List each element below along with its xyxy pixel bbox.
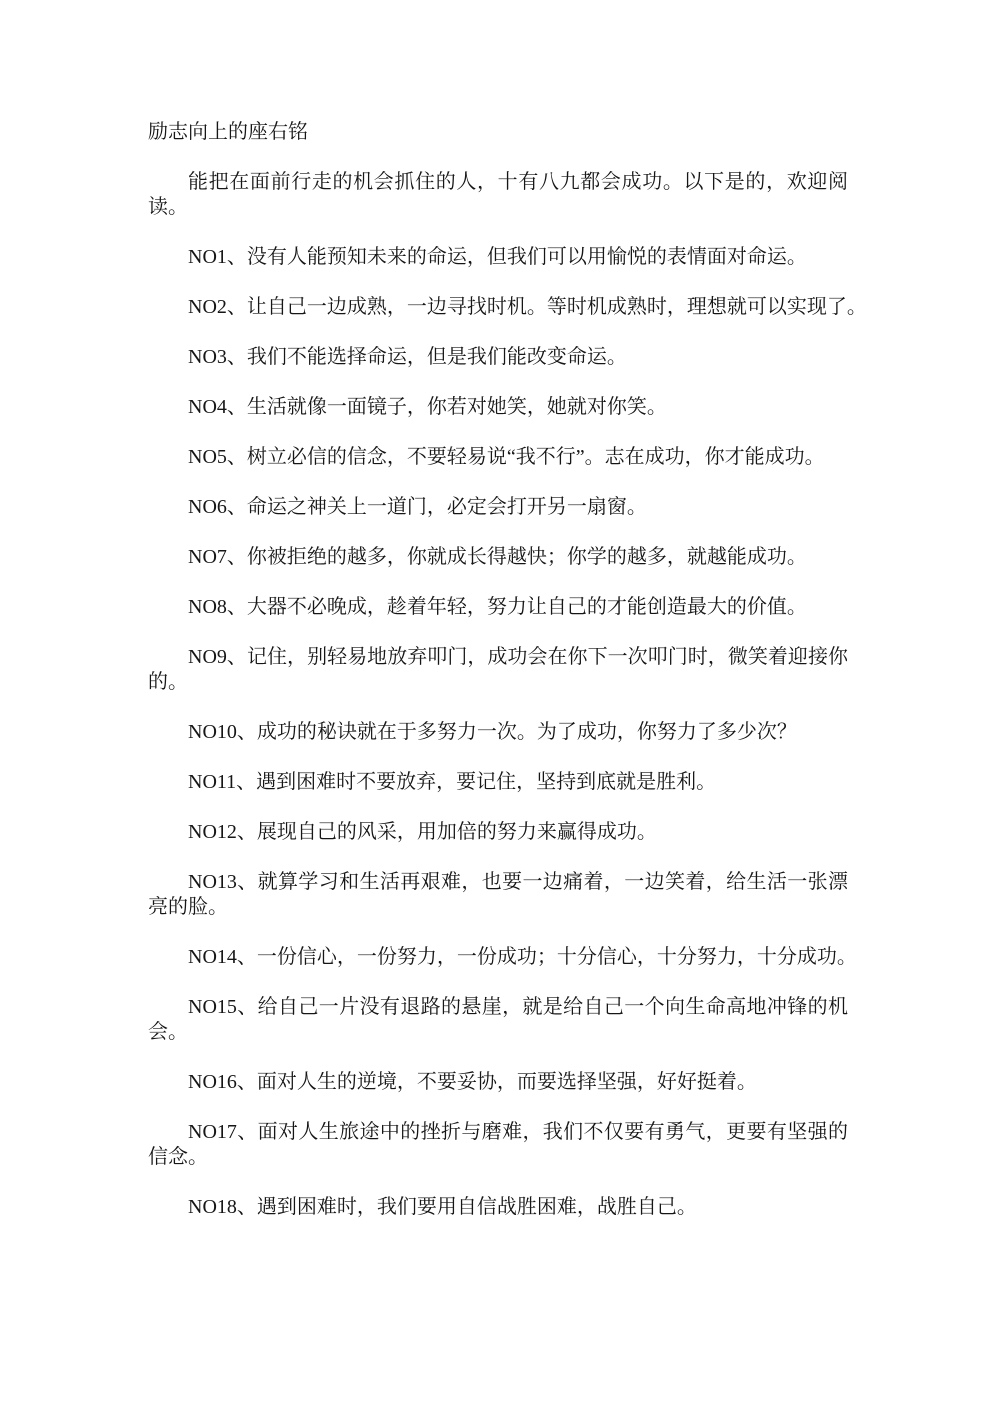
quote-paragraph-9: NO9、记住，别轻易地放弃叩门，成功会在你下一次叩门时，微笑着迎接你的。 — [148, 645, 848, 695]
quote-paragraph-2: NO2、让自己一边成熟，一边寻找时机。等时机成熟时，理想就可以实现了。 — [148, 295, 848, 320]
quote-paragraph-11: NO11、遇到困难时不要放弃，要记住，坚持到底就是胜利。 — [148, 770, 848, 795]
quote-paragraph-18: NO18、遇到困难时，我们要用自信战胜困难，战胜自己。 — [148, 1195, 848, 1220]
quote-paragraph-8: NO8、大器不必晚成，趁着年轻，努力让自己的才能创造最大的价值。 — [148, 595, 848, 620]
quote-paragraph-4: NO4、生活就像一面镜子，你若对她笑，她就对你笑。 — [148, 395, 848, 420]
quote-paragraph-17: NO17、面对人生旅途中的挫折与磨难，我们不仅要有勇气，更要有坚强的信念。 — [148, 1120, 848, 1170]
intro-paragraph: 能把在面前行走的机会抓住的人，十有八九都会成功。以下是的，欢迎阅读。 — [148, 170, 848, 220]
document-title: 励志向上的座右铭 — [148, 120, 848, 145]
quote-paragraph-10: NO10、成功的秘诀就在于多努力一次。为了成功，你努力了多少次？ — [148, 720, 848, 745]
quote-paragraph-12: NO12、展现自己的风采，用加倍的努力来赢得成功。 — [148, 820, 848, 845]
quote-paragraph-1: NO1、没有人能预知未来的命运，但我们可以用愉悦的表情面对命运。 — [148, 245, 848, 270]
quote-paragraph-7: NO7、你被拒绝的越多，你就成长得越快；你学的越多，就越能成功。 — [148, 545, 848, 570]
quote-paragraph-15: NO15、给自己一片没有退路的悬崖，就是给自己一个向生命高地冲锋的机会。 — [148, 995, 848, 1045]
quote-paragraph-16: NO16、面对人生的逆境，不要妥协，而要选择坚强，好好挺着。 — [148, 1070, 848, 1095]
quote-paragraph-5: NO5、树立必信的信念，不要轻易说“我不行”。志在成功，你才能成功。 — [148, 445, 848, 470]
quote-paragraph-3: NO3、我们不能选择命运，但是我们能改变命运。 — [148, 345, 848, 370]
quote-paragraph-6: NO6、命运之神关上一道门，必定会打开另一扇窗。 — [148, 495, 848, 520]
document-page: 励志向上的座右铭 能把在面前行走的机会抓住的人，十有八九都会成功。以下是的，欢迎… — [0, 0, 993, 1404]
quote-paragraph-13: NO13、就算学习和生活再艰难，也要一边痛着，一边笑着，给生活一张漂亮的脸。 — [148, 870, 848, 920]
quote-paragraph-14: NO14、一份信心，一份努力，一份成功；十分信心，十分努力，十分成功。 — [148, 945, 848, 970]
